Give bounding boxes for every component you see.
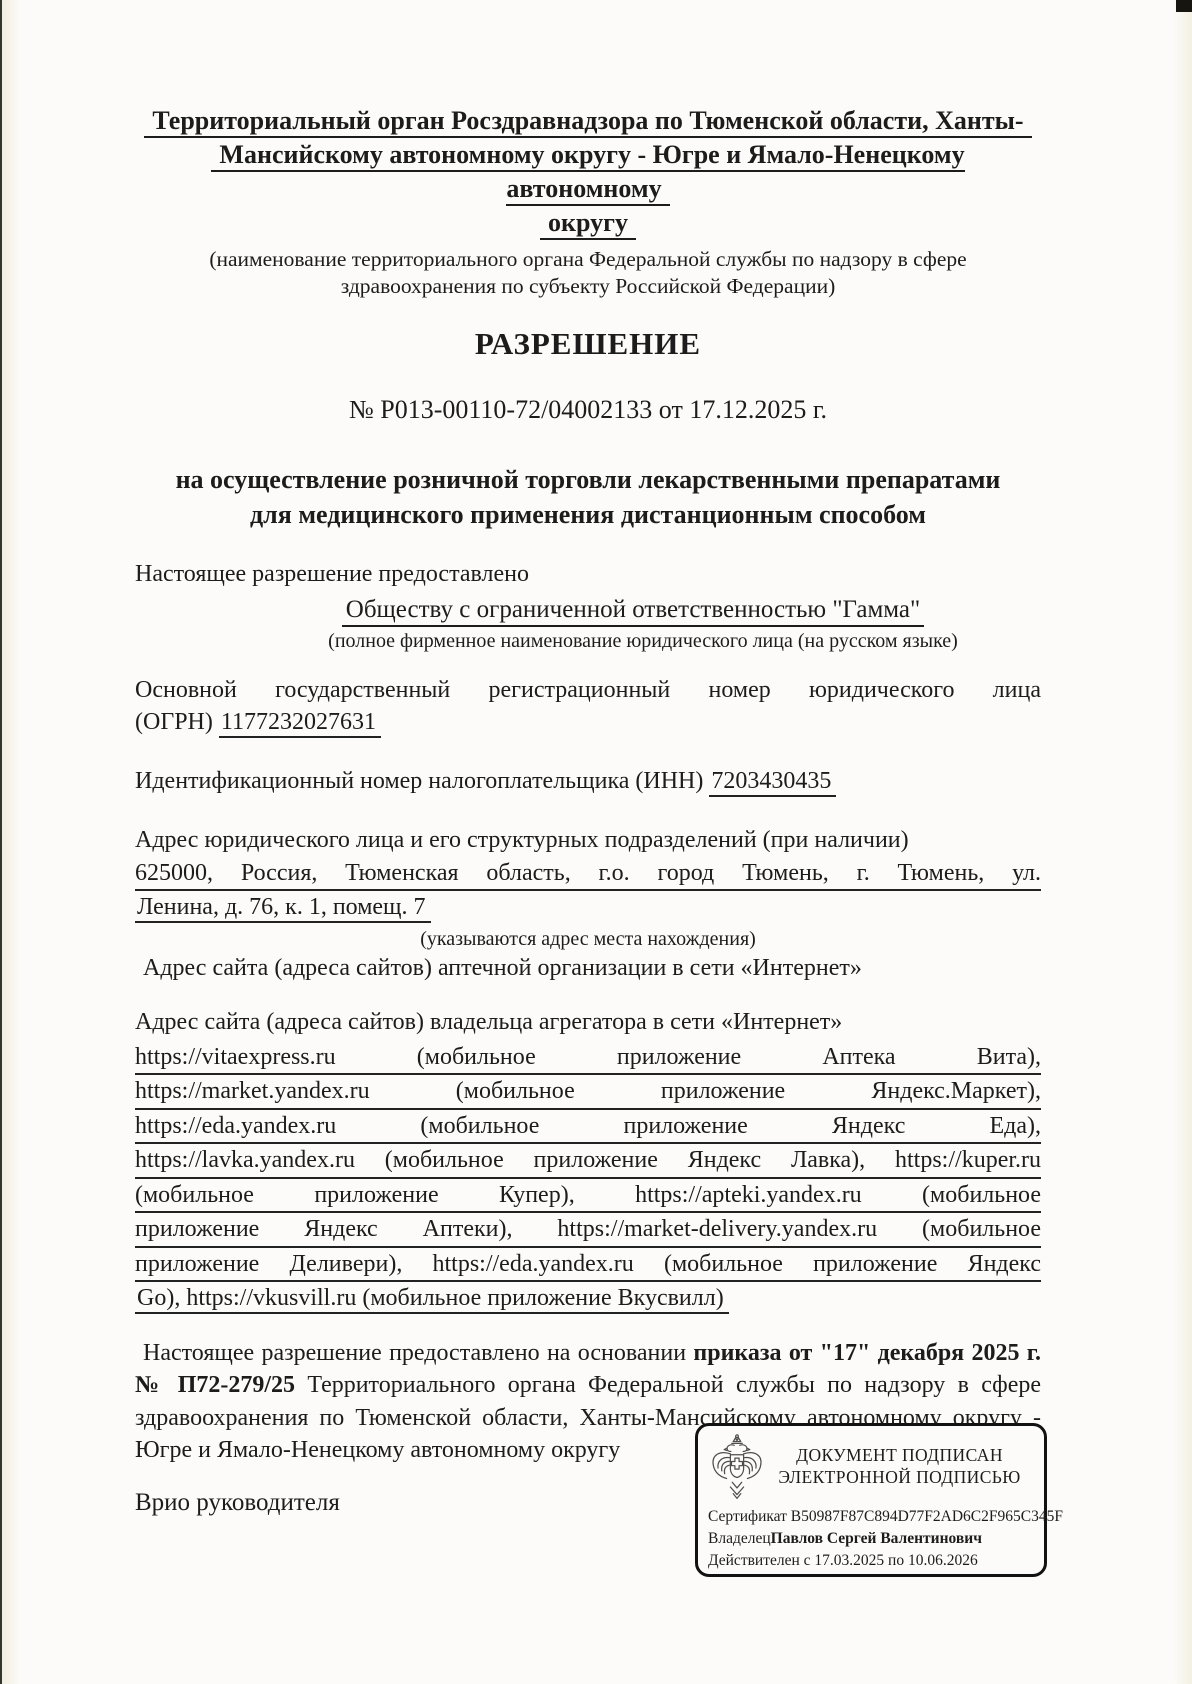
ogrn-value: 1177232027631 [219,709,381,738]
stamp-title: ДОКУМЕНТ ПОДПИСАН ЭЛЕКТРОННОЙ ПОДПИСЬЮ [766,1433,1033,1488]
aggregator-url-line: приложение Деливери), https://eda.yandex… [135,1248,1041,1283]
owner-name: Павлов Сергей Валентинович [771,1530,982,1547]
scan-edge-tint-left [0,0,20,1684]
owner-row: ВладелецПавлов Сергей Валентинович [708,1528,1033,1550]
aggregator-url-line: https://lavka.yandex.ru (мобильное прило… [135,1144,1041,1179]
scan-corner-artifact [1176,0,1192,12]
inn-value: 7203430435 [709,768,836,797]
issuing-authority-line: Мансийскому автономному округу - Югре и … [135,138,1041,206]
legal-address-line: 625000, Россия, Тюменская область, г.о. … [135,857,1041,892]
pharmacy-site-label: Адрес сайта (адреса сайтов) аптечной орг… [135,952,1041,985]
subject-line: для медицинского применения дистанционны… [135,497,1041,532]
aggregator-url-line: https://eda.yandex.ru (мобильное приложе… [135,1110,1041,1145]
address-caption: (указываются адрес места нахождения) [135,927,1041,952]
issuing-authority-line: Территориальный орган Росздравнадзора по… [135,104,1041,138]
ogrn-label-line: Основной государственный регистрационный… [135,674,1041,707]
electronic-signature-stamp: ДОКУМЕНТ ПОДПИСАН ЭЛЕКТРОННОЙ ПОДПИСЬЮ С… [695,1423,1047,1577]
scanned-permit-document: Территориальный орган Росздравнадзора по… [0,0,1192,1684]
aggregator-url-line: приложение Яндекс Аптеки), https://marke… [135,1213,1041,1248]
roszdravnadzor-double-headed-eagle-icon [708,1433,766,1505]
inn-label: Идентификационный номер налогоплательщик… [135,768,703,794]
order-basis-text: Настоящее разрешение предоставлено на ос… [143,1340,693,1366]
stamp-title-line: ДОКУМЕНТ ПОДПИСАН [766,1444,1033,1466]
legal-address-label: Адрес юридического лица и его структурны… [135,824,1041,857]
stamp-details: Сертификат B50987F87C894D77F2AD6C2F965C3… [708,1506,1033,1572]
inn-line: Идентификационный номер налогоплательщик… [135,765,1041,798]
certificate-value: B50987F87C894D77F2AD6C2F965C345F [791,1508,1063,1525]
document-content: Территориальный орган Росздравнадзора по… [135,0,1041,1517]
certificate-row: Сертификат B50987F87C894D77F2AD6C2F965C3… [708,1506,1033,1528]
legal-address-tail: Ленина, д. 76, к. 1, помещ. 7 [135,894,431,923]
company-name-caption: (полное фирменное наименование юридическ… [190,628,1096,654]
aggregator-url-line: Go), https://vkusvill.ru (мобильное прил… [135,1282,1041,1315]
aggregator-url-line: https://vitaexpress.ru (мобильное прилож… [135,1041,1041,1076]
document-number-line: № Р013-00110-72/04002133 от 17.12.2025 г… [135,394,1041,426]
subject-line: на осуществление розничной торговли лека… [135,462,1041,497]
aggregator-url-line: https://market.yandex.ru (мобильное прил… [135,1075,1041,1110]
company-name: Обществу с ограниченной ответственностью… [342,596,924,627]
scan-edge-line [0,0,2,1684]
stamp-header: ДОКУМЕНТ ПОДПИСАН ЭЛЕКТРОННОЙ ПОДПИСЬЮ [708,1433,1033,1505]
stamp-title-line: ЭЛЕКТРОННОЙ ПОДПИСЬЮ [766,1466,1033,1488]
caption-line: (наименование территориального органа Фе… [135,246,1041,273]
certificate-label: Сертификат [708,1508,787,1525]
legal-address-line: Ленина, д. 76, к. 1, помещ. 7 [135,891,1041,924]
aggregator-url-line: (мобильное приложение Купер), https://ap… [135,1179,1041,1214]
scan-edge-tint-right [1174,0,1192,1684]
ogrn-block: Основной государственный регистрационный… [135,674,1041,739]
aggregator-url-tail: Go), https://vkusvill.ru (мобильное прил… [135,1285,729,1314]
issuing-authority-caption: (наименование территориального органа Фе… [135,246,1041,300]
ogrn-prefix: (ОГРН) [135,709,213,735]
document-subject: на осуществление розничной торговли лека… [135,462,1041,532]
validity-row: Действителен с 17.03.2025 по 10.06.2026 [708,1550,1033,1572]
issuing-authority-line: округу [135,206,1041,240]
aggregator-site-label: Адрес сайта (адреса сайтов) владельца аг… [135,1006,1041,1039]
aggregator-url-block: https://vitaexpress.ru (мобильное прилож… [135,1041,1041,1315]
ogrn-value-line: (ОГРН) 1177232027631 [135,706,1041,739]
company-name-line: Обществу с ограниченной ответственностью… [180,593,1086,627]
issuing-authority-header: Территориальный орган Росздравнадзора по… [135,104,1041,240]
caption-line: здравоохранения по субъекту Российской Ф… [135,273,1041,300]
document-type-title: РАЗРЕШЕНИЕ [135,324,1041,364]
owner-label: Владелец [708,1530,771,1547]
granted-intro-line: Настоящее разрешение предоставлено [135,558,1041,591]
